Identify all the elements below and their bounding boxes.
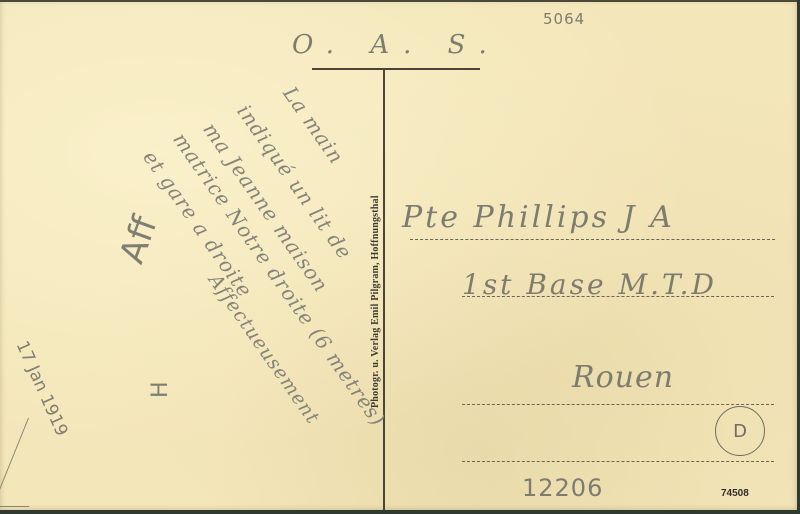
address-rule-1	[410, 239, 775, 240]
publisher-imprint: Photogr. u. Verlag Emil Pilgram, Hoffnun…	[370, 195, 381, 408]
scan-edge-top	[0, 0, 800, 2]
header-initials: O. A. S.	[292, 30, 501, 60]
scan-edge-bottom	[0, 510, 800, 514]
print-code: 74508	[721, 488, 749, 499]
divider-horizontal	[312, 68, 480, 70]
message-initials: Aff	[112, 211, 166, 269]
circled-mark: D	[715, 406, 765, 456]
archive-number-bottom: 12206	[522, 474, 603, 502]
address-rule-2	[462, 296, 774, 297]
message-line-6: Affectueusement	[204, 270, 324, 428]
address-line-3: Rouen	[572, 360, 674, 395]
postcard-back: 5064 O. A. S. Photogr. u. Verlag Emil Pi…	[0, 0, 797, 510]
circled-mark-letter: D	[733, 421, 747, 442]
divider-vertical	[383, 70, 385, 510]
address-rule-4	[462, 461, 774, 462]
archive-number-top: 5064	[543, 10, 585, 28]
message-signature: H	[148, 381, 173, 398]
address-line-1: Pte Phillips J A	[402, 200, 675, 235]
address-rule-3	[462, 404, 774, 405]
